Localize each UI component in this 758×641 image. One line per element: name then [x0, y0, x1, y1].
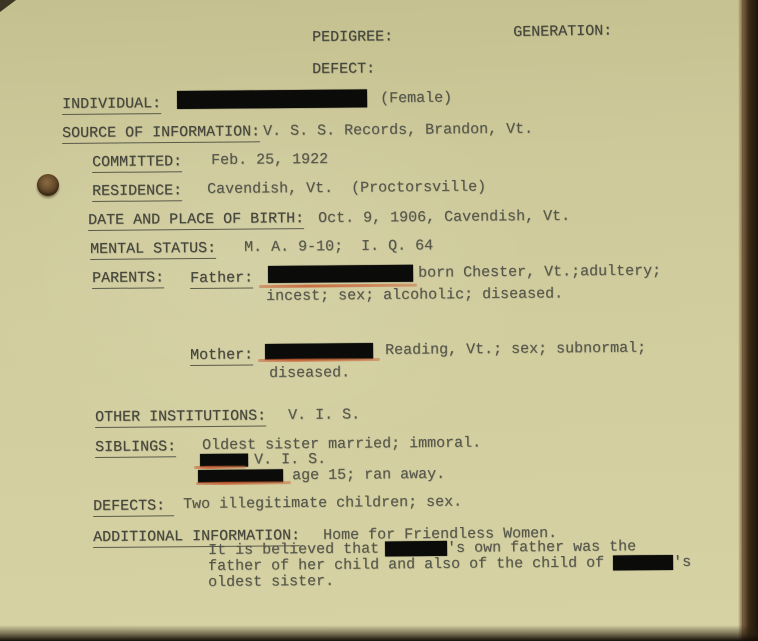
redaction-bar-individual-ref2 [613, 555, 673, 571]
defect-label: DEFECT: [312, 60, 375, 79]
birth-label: DATE AND PLACE OF BIRTH: [88, 210, 304, 231]
red-pencil-underline-mother [258, 358, 380, 362]
mother-line1: Reading, Vt.; sex; subnormal; [385, 340, 646, 359]
book-edge-shadow-right [738, 0, 758, 641]
father-line1: born Chester, Vt.;adultery; [418, 263, 661, 282]
committed-value: Feb. 25, 1922 [211, 151, 328, 169]
siblings-line3-value: age 15; ran away. [292, 466, 445, 484]
committed-label: COMMITTED: [92, 153, 182, 173]
red-pencil-underline-sibling2 [196, 481, 291, 485]
additional-info-line4: oldest sister. [208, 573, 334, 591]
parents-label: PARENTS: [92, 269, 164, 289]
mother-label: Mother: [190, 346, 253, 366]
mother-value-row: Reading, Vt.; sex; subnormal; [265, 340, 646, 360]
other-institutions-label: OTHER INSTITUTIONS: [95, 408, 266, 428]
residence-value: Cavendish, Vt. (Proctorsville) [207, 179, 486, 198]
redaction-bar-father-name [268, 265, 413, 283]
individual-label: INDIVIDUAL: [62, 95, 161, 115]
mother-line2: diseased. [269, 364, 350, 382]
hole-punch [37, 174, 59, 196]
siblings-line2-value: V. I. S. [254, 451, 326, 469]
father-value-row: born Chester, Vt.;adultery; [268, 263, 661, 283]
mental-status-value: M. A. 9-10; I. Q. 64 [244, 237, 433, 256]
additional-line3-pre: father of her child and also of the chil… [208, 555, 604, 575]
other-institutions-value: V. I. S. [288, 406, 360, 424]
redaction-bar-individual-ref1 [385, 541, 447, 557]
corner-shadow-mark [0, 0, 16, 12]
individual-sex-note: (Female) [380, 89, 452, 107]
paper-sheet: PEDIGREE: GENERATION: DEFECT: INDIVIDUAL… [0, 0, 742, 641]
redaction-bar-mother-name [265, 343, 373, 360]
birth-value: Oct. 9, 1906, Cavendish, Vt. [318, 208, 570, 227]
individual-value-row: (Female) [177, 89, 452, 109]
pedigree-label: PEDIGREE: [312, 28, 393, 47]
source-value: V. S. S. Records, Brandon, Vt. [263, 121, 533, 140]
additional-info-line3: father of her child and also of the chil… [208, 554, 691, 575]
redaction-bar-individual-name [177, 89, 367, 109]
additional-line3-post: 's [673, 554, 691, 571]
father-line2: incest; sex; alcoholic; diseased. [266, 285, 563, 305]
book-edge-shadow-bottom [0, 625, 758, 641]
source-label: SOURCE OF INFORMATION: [62, 123, 260, 144]
generation-label: GENERATION: [513, 22, 612, 42]
residence-label: RESIDENCE: [92, 182, 182, 202]
siblings-label: SIBLINGS: [95, 438, 176, 458]
mental-status-label: MENTAL STATUS: [90, 240, 216, 260]
father-label: Father: [190, 269, 253, 289]
defects-value: Two illegitimate children; sex. [183, 494, 462, 513]
defects-label: DEFECTS: [93, 497, 174, 517]
